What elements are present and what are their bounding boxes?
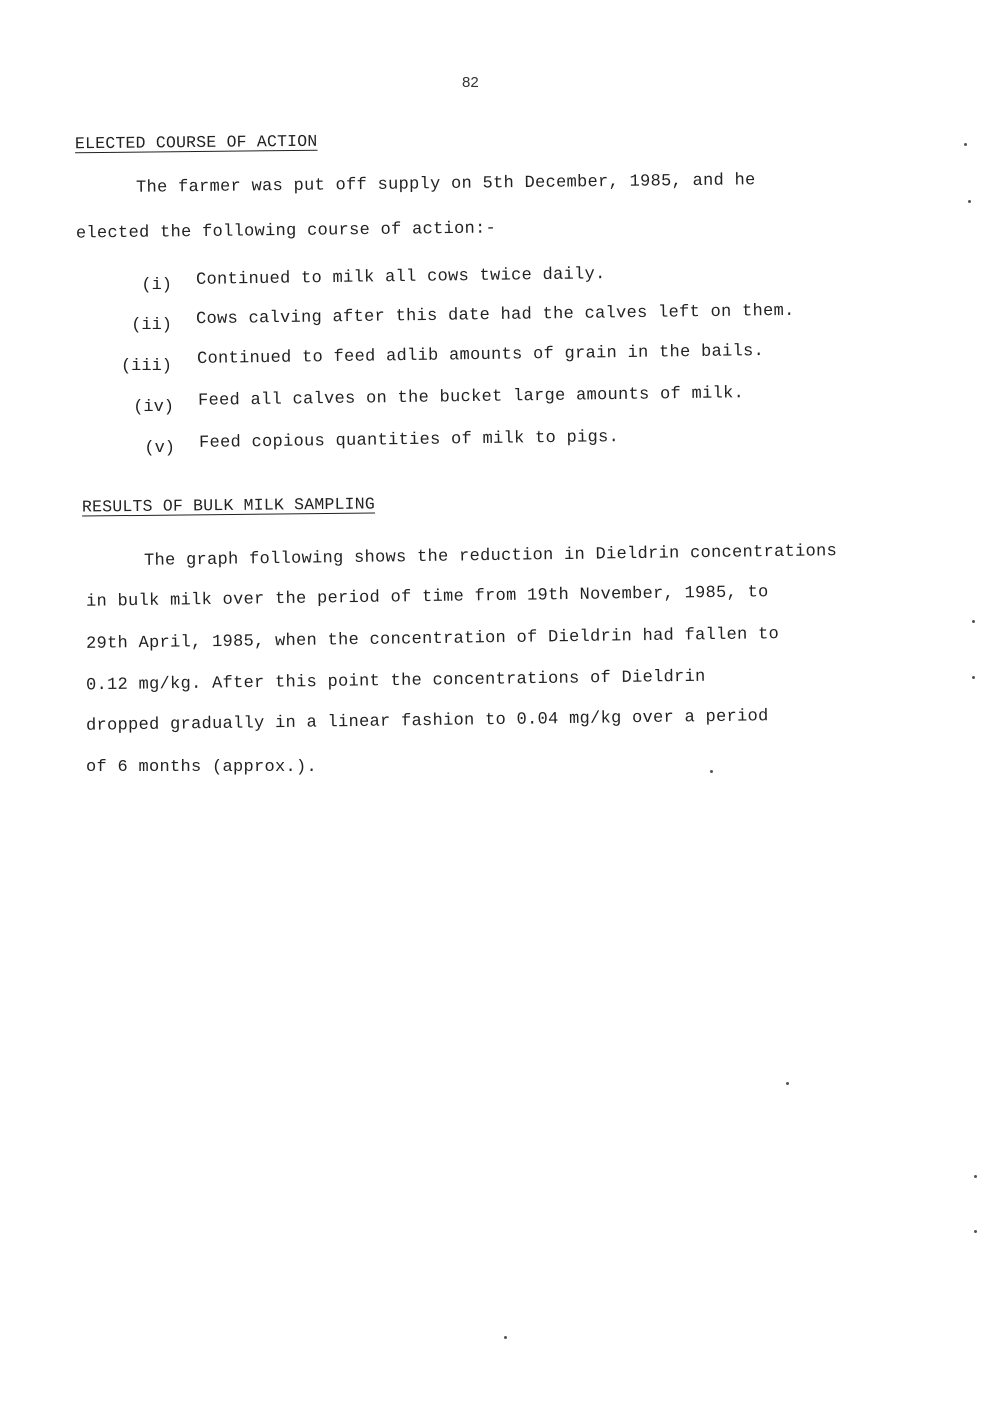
list-item-text: Continued to feed adlib amounts of grain…	[197, 342, 764, 369]
scan-speck	[504, 1336, 507, 1339]
list-item-number: (iv)	[104, 398, 174, 417]
scan-speck	[964, 143, 967, 146]
list-item-number: (ii)	[102, 316, 172, 335]
scan-speck	[710, 770, 713, 773]
scan-speck	[974, 1230, 977, 1233]
scan-speck	[972, 676, 975, 679]
paragraph-line: dropped gradually in a linear fashion to…	[86, 707, 769, 736]
list-item-text: Feed all calves on the bucket large amou…	[198, 384, 744, 411]
list-item-number: (i)	[102, 276, 172, 295]
list-item-number: (v)	[105, 439, 175, 458]
paragraph-line: The farmer was put off supply on 5th Dec…	[136, 171, 756, 198]
scan-speck	[972, 620, 975, 623]
scan-speck	[968, 200, 971, 203]
scan-speck	[786, 1082, 789, 1085]
paragraph-line: elected the following course of action:-	[76, 219, 496, 243]
page-number: 82	[462, 74, 479, 91]
section-heading-elected-course: ELECTED COURSE OF ACTION	[75, 132, 318, 154]
list-item-text: Feed copious quantities of milk to pigs.	[199, 428, 619, 453]
paragraph-line: of 6 months (approx.).	[86, 758, 317, 777]
list-item-text: Continued to milk all cows twice daily.	[196, 265, 606, 290]
paragraph-line: in bulk milk over the period of time fro…	[86, 583, 769, 612]
scan-speck	[974, 1175, 977, 1178]
list-item-number: (iii)	[102, 357, 172, 376]
paragraph-line: The graph following shows the reduction …	[144, 542, 837, 571]
paragraph-line: 29th April, 1985, when the concentration…	[86, 625, 779, 654]
list-item-text: Cows calving after this date had the cal…	[196, 302, 795, 329]
paragraph-line: 0.12 mg/kg. After this point the concent…	[86, 668, 706, 696]
section-heading-bulk-milk: RESULTS OF BULK MILK SAMPLING	[82, 494, 375, 516]
